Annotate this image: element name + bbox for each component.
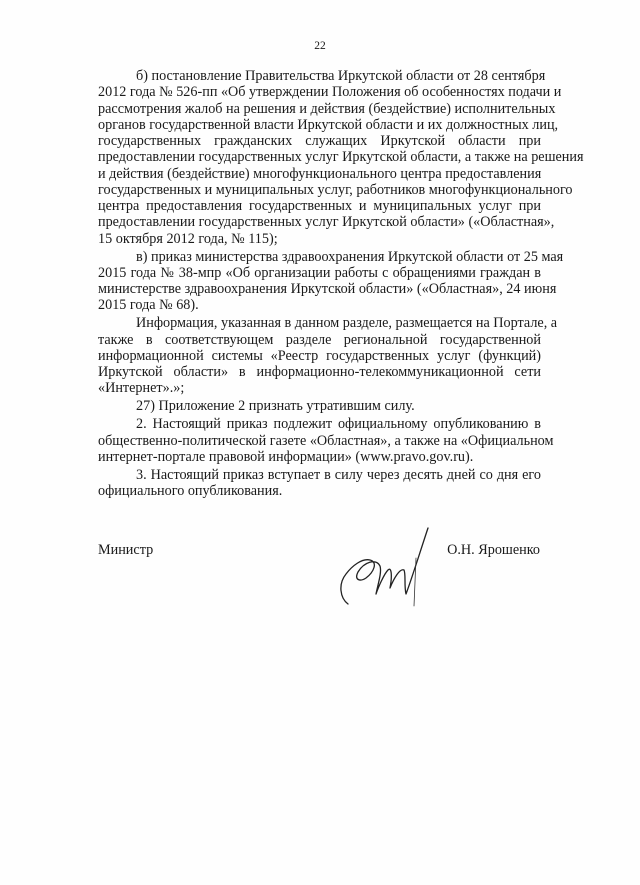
text-line: 15 октября 2012 года, № 115); xyxy=(98,231,541,247)
text-line: государственных и муниципальных услуг, р… xyxy=(98,182,541,198)
text-line: «Интернет».»; xyxy=(98,380,541,396)
text-line: в) приказ министерства здравоохранения И… xyxy=(98,249,541,265)
text-line: предоставлении государственных услуг Ирк… xyxy=(98,149,541,165)
page-number: 22 xyxy=(0,40,640,52)
text-line: и действия (бездействие) многофункционал… xyxy=(98,166,541,182)
text-line: министерстве здравоохранения Иркутской о… xyxy=(98,281,541,297)
text-line: 27) Приложение 2 признать утратившим сил… xyxy=(98,398,541,414)
document-body: б) постановление Правительства Иркутской… xyxy=(98,68,541,499)
signature-block: Министр О.Н. Ярошенко xyxy=(98,542,540,612)
text-line: рассмотрения жалоб на решения и действия… xyxy=(98,101,541,117)
document-page: 22 б) постановление Правительства Иркутс… xyxy=(0,0,640,885)
text-line: интернет-портале правовой информации» (w… xyxy=(98,449,541,465)
text-line: Иркутской области» в информационно-телек… xyxy=(98,364,541,380)
text-line: предоставлении государственных услуг Ирк… xyxy=(98,214,541,230)
text-line: 2015 года № 68). xyxy=(98,297,541,313)
text-line: органов государственной власти Иркутской… xyxy=(98,117,541,133)
signer-title: Министр xyxy=(98,542,153,559)
text-line: общественно-политической газете «Областн… xyxy=(98,433,541,449)
paragraph-item-2: 2. Настоящий приказ подлежит официальном… xyxy=(98,416,541,465)
signer-name: О.Н. Ярошенко xyxy=(447,542,540,559)
text-line: центра предоставления государственных и … xyxy=(98,198,541,214)
paragraph-b: б) постановление Правительства Иркутской… xyxy=(98,68,541,247)
text-line: также в соответствующем разделе регионал… xyxy=(98,332,541,348)
paragraph-item-3: 3. Настоящий приказ вступает в силу чере… xyxy=(98,467,541,500)
paragraph-item-27: 27) Приложение 2 признать утратившим сил… xyxy=(98,398,541,414)
handwritten-signature-icon xyxy=(330,522,440,612)
text-line: государственных гражданских служащих Ирк… xyxy=(98,133,541,149)
text-line: 2012 года № 526-пп «Об утверждении Полож… xyxy=(98,84,541,100)
text-line: информационной системы «Реестр государст… xyxy=(98,348,541,364)
text-line: 2. Настоящий приказ подлежит официальном… xyxy=(98,416,541,432)
text-line: б) постановление Правительства Иркутской… xyxy=(98,68,541,84)
paragraph-information: Информация, указанная в данном разделе, … xyxy=(98,315,541,396)
text-line: Информация, указанная в данном разделе, … xyxy=(98,315,541,331)
text-line: официального опубликования. xyxy=(98,483,541,499)
paragraph-v: в) приказ министерства здравоохранения И… xyxy=(98,249,541,314)
text-line: 2015 года № 38-мпр «Об организации работ… xyxy=(98,265,541,281)
text-line: 3. Настоящий приказ вступает в силу чере… xyxy=(98,467,541,483)
